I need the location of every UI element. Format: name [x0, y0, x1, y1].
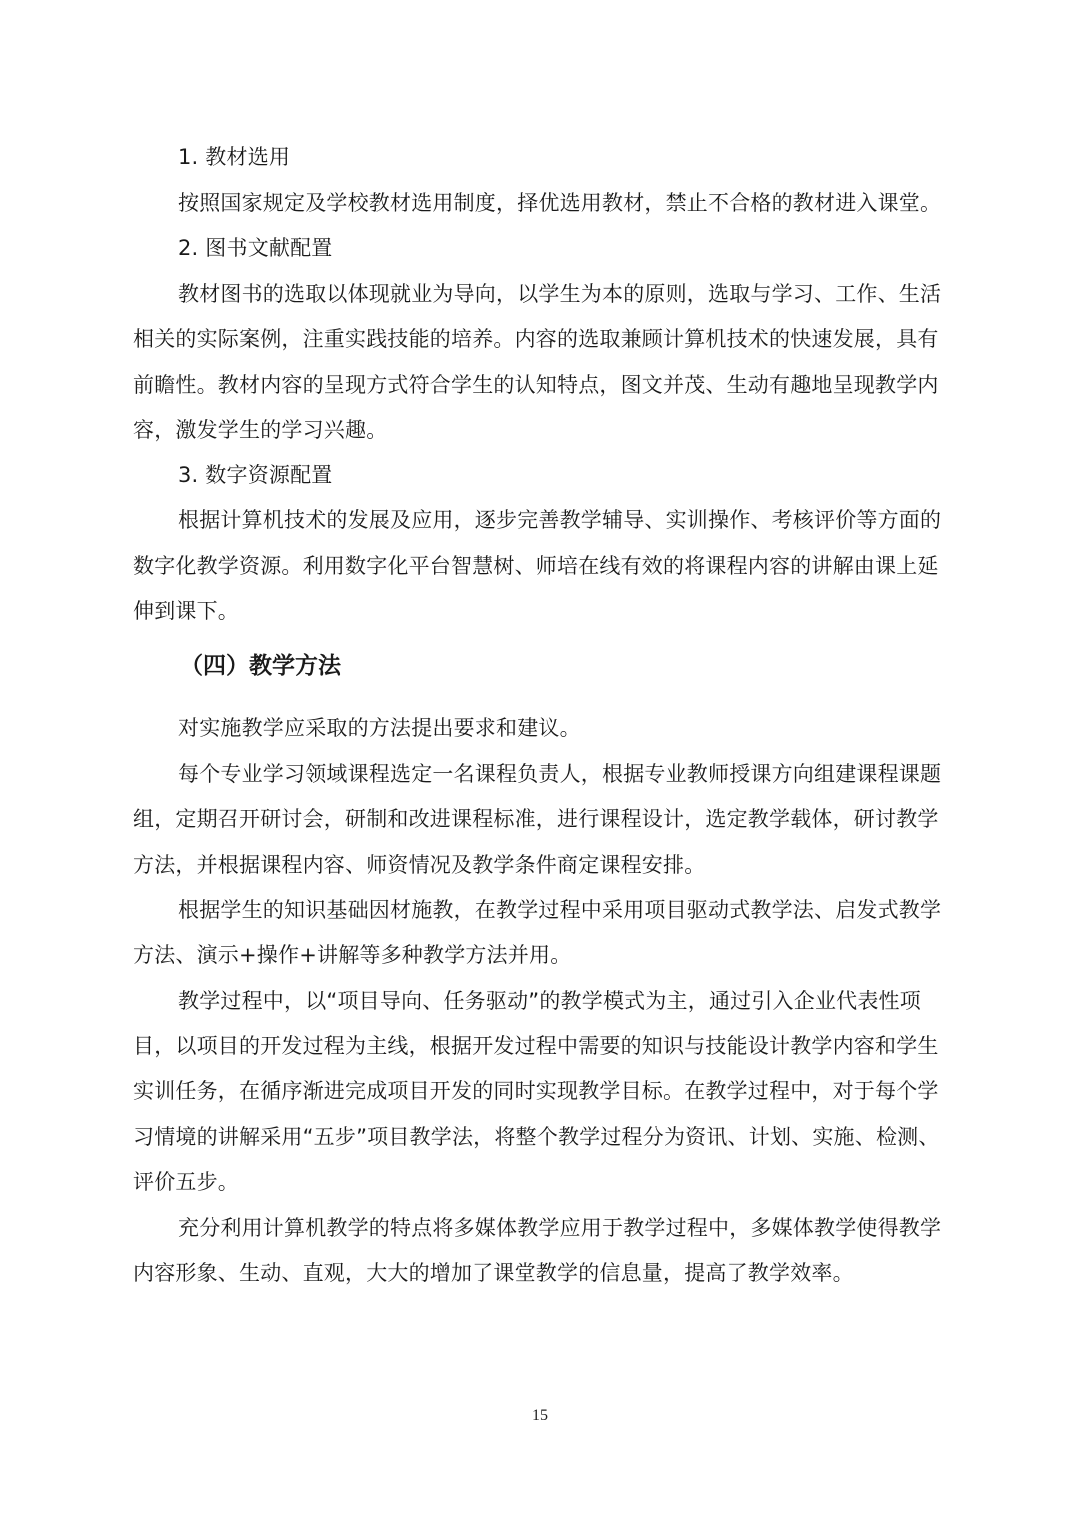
subsection-heading-digital-resources: 3. 数字资源配置 — [178, 460, 998, 490]
paragraph-line: 容，激发学生的学习兴趣。 — [133, 415, 953, 445]
paragraph-line: 每个专业学习领域课程选定一名课程负责人，根据专业教师授课方向组建课程课题 — [178, 759, 953, 789]
paragraph-line: 按照国家规定及学校教材选用制度，择优选用教材，禁止不合格的教材进入课堂。 — [178, 188, 953, 218]
paragraph-line: 实训任务，在循序渐进完成项目开发的同时实现教学目标。在教学过程中，对于每个学 — [133, 1076, 953, 1106]
paragraph-line: 评价五步。 — [133, 1167, 953, 1197]
subsection-heading-textbook-selection: 1. 教材选用 — [178, 142, 998, 172]
paragraph-line: 对实施教学应采取的方法提出要求和建议。 — [178, 713, 953, 743]
paragraph-line: 教材图书的选取以体现就业为导向，以学生为本的原则，选取与学习、工作、生活 — [178, 279, 953, 309]
subsection-heading-library-resources: 2. 图书文献配置 — [178, 233, 998, 263]
paragraph-line: 方法、演示+操作+讲解等多种教学方法并用。 — [133, 940, 953, 970]
paragraph-line: 数字化教学资源。利用数字化平台智慧树、师培在线有效的将课程内容的讲解由课上延 — [133, 551, 953, 581]
paragraph-line: 伸到课下。 — [133, 596, 953, 626]
section-title-teaching-methods: （四）教学方法 — [180, 650, 341, 682]
paragraph-line: 根据学生的知识基础因材施教，在教学过程中采用项目驱动式教学法、启发式教学 — [178, 895, 953, 925]
paragraph-line: 目，以项目的开发过程为主线，根据开发过程中需要的知识与技能设计教学内容和学生 — [133, 1031, 953, 1061]
paragraph-line: 内容形象、生动、直观，大大的增加了课堂教学的信息量，提高了教学效率。 — [133, 1258, 953, 1288]
paragraph-line: 根据计算机技术的发展及应用，逐步完善教学辅导、实训操作、考核评价等方面的 — [178, 505, 953, 535]
paragraph-line: 充分利用计算机教学的特点将多媒体教学应用于教学过程中，多媒体教学使得教学 — [178, 1213, 953, 1243]
paragraph-line: 相关的实际案例，注重实践技能的培养。内容的选取兼顾计算机技术的快速发展，具有 — [133, 324, 953, 354]
paragraph-line: 前瞻性。教材内容的呈现方式符合学生的认知特点，图文并茂、生动有趣地呈现教学内 — [133, 370, 953, 400]
paragraph-line: 习情境的讲解采用“五步”项目教学法，将整个教学过程分为资讯、计划、实施、检测、 — [133, 1122, 953, 1152]
page-number: 15 — [0, 1407, 1080, 1425]
paragraph-line: 教学过程中，以“项目导向、任务驱动”的教学模式为主，通过引入企业代表性项 — [178, 986, 953, 1016]
paragraph-line: 组，定期召开研讨会，研制和改进课程标准，进行课程设计，选定教学载体，研讨教学 — [133, 804, 953, 834]
document-page: 1. 教材选用 按照国家规定及学校教材选用制度，择优选用教材，禁止不合格的教材进… — [0, 0, 1080, 1526]
paragraph-line: 方法，并根据课程内容、师资情况及教学条件商定课程安排。 — [133, 850, 953, 880]
